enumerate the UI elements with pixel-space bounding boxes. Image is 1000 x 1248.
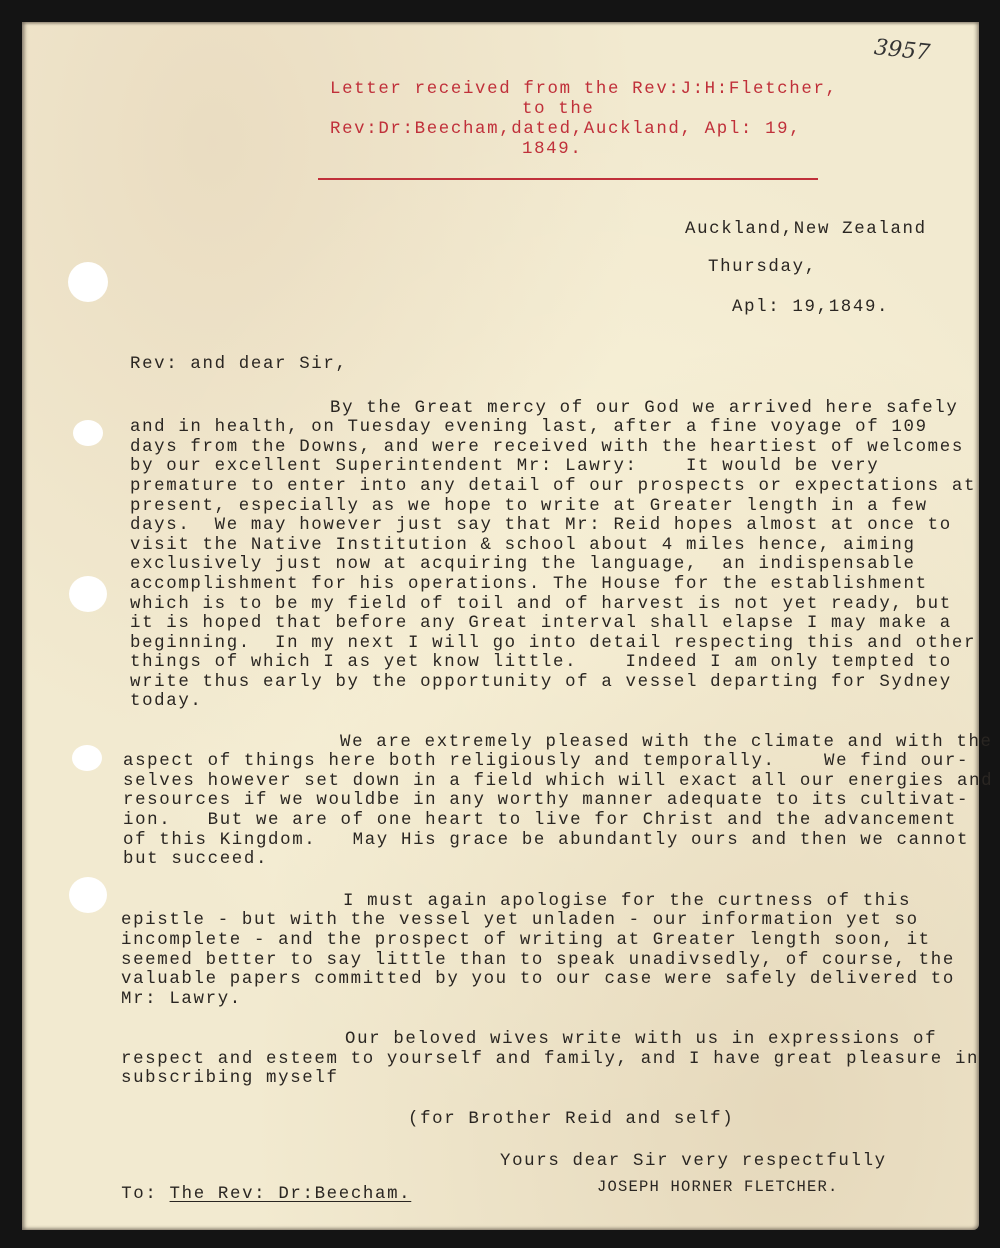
header-line: Rev:Dr:Beecham,dated,Auckland, Apl: 19, <box>330 120 801 140</box>
body-line: By the Great mercy of our God we arrived… <box>330 399 958 419</box>
body-line: things of which I as yet know little. In… <box>130 653 952 673</box>
body-line: present, especially as we hope to write … <box>130 497 928 517</box>
salutation: Rev: and dear Sir, <box>130 355 348 375</box>
punch-hole <box>72 745 102 771</box>
header-line: to the <box>522 100 595 120</box>
header-line: Letter received from the Rev:J:H:Fletche… <box>330 80 838 100</box>
recipient-name: The Rev: Dr:Beecham. <box>170 1185 412 1204</box>
punch-hole <box>68 262 108 302</box>
body-line: accomplishment for his operations. The H… <box>130 575 928 595</box>
body-line: selves however set down in a field which… <box>123 772 993 792</box>
body-line: aspect of things here both religiously a… <box>123 752 969 772</box>
body-line: it is hoped that before any Great interv… <box>130 614 952 634</box>
body-line: I must again apologise for the curtness … <box>343 892 911 912</box>
body-line: epistle - but with the vessel yet unlade… <box>121 911 919 931</box>
body-line: exclusively just now at acquiring the la… <box>130 555 916 575</box>
body-line: Our beloved wives write with us in expre… <box>345 1030 937 1050</box>
punch-hole <box>73 420 103 446</box>
body-line: of this Kingdom. May His grace be abunda… <box>123 831 969 851</box>
body-line: seemed better to say little than to spea… <box>121 951 955 971</box>
signature: JOSEPH HORNER FLETCHER. <box>597 1178 839 1198</box>
header-rule <box>318 178 818 180</box>
body-line: Mr: Lawry. <box>121 990 242 1010</box>
punch-hole <box>69 877 107 913</box>
closing: Yours dear Sir very respectfully <box>500 1152 887 1172</box>
body-line: We are extremely pleased with the climat… <box>340 733 993 753</box>
body-line: subscribing myself <box>121 1069 339 1089</box>
dateline-day: Thursday, <box>708 258 817 278</box>
body-line: but succeed. <box>123 850 268 870</box>
body-line: respect and esteem to yourself and famil… <box>121 1050 979 1070</box>
body-line: write thus early by the opportunity of a… <box>130 673 952 693</box>
dateline-place: Auckland,New Zealand <box>685 220 927 240</box>
body-line: beginning. In my next I will go into det… <box>130 634 976 654</box>
body-line: and in health, on Tuesday evening last, … <box>130 418 928 438</box>
body-line: days from the Downs, and were received w… <box>130 438 964 458</box>
body-line: resources if we wouldbe in any worthy ma… <box>123 791 969 811</box>
body-line: premature to enter into any detail of ou… <box>130 477 976 497</box>
body-line: today. <box>130 692 203 712</box>
dateline-date: Apl: 19,1849. <box>732 298 889 318</box>
body-line: by our excellent Superintendent Mr: Lawr… <box>130 457 879 477</box>
body-line: visit the Native Institution & school ab… <box>130 536 916 556</box>
on-behalf-note: (for Brother Reid and self) <box>408 1110 734 1130</box>
recipient-label: To: <box>121 1185 169 1204</box>
punch-hole <box>69 576 107 612</box>
header-line: 1849. <box>522 140 582 160</box>
body-line: days. We may however just say that Mr: R… <box>130 516 952 536</box>
body-line: ion. But we are of one heart to live for… <box>123 811 957 831</box>
recipient-block: To: The Rev: Dr:Beecham. <box>97 1165 411 1204</box>
body-line: incomplete - and the prospect of writing… <box>121 931 931 951</box>
body-line: which is to be my field of toil and of h… <box>130 595 952 615</box>
body-line: valuable papers committed by you to our … <box>121 970 955 990</box>
